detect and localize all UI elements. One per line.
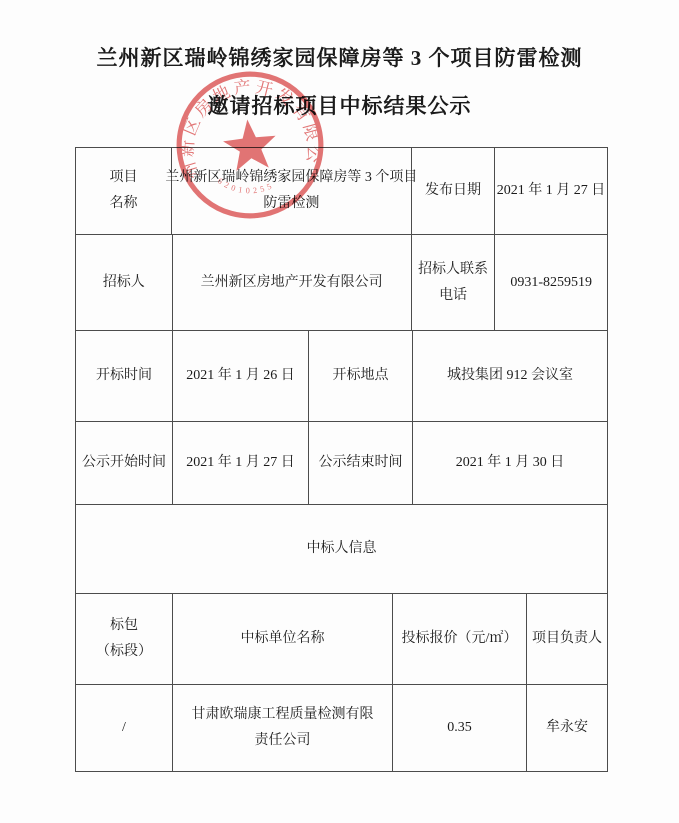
table-row-winner-data: / 甘肃欧瑞康工程质量检测有限 责任公司 0.35 牟永安 (76, 685, 607, 771)
table-row-project: 项目 名称 兰州新区瑞岭锦绣家园保障房等 3 个项目 防雷检测 发布日期 202… (76, 148, 607, 235)
contact-phone-value-cell: 0931-8259519 (495, 235, 607, 330)
opening-time-value-cell: 2021 年 1 月 26 日 (173, 331, 309, 421)
announcement-document: 兰州新区瑞岭锦绣家园保障房等 3 个项目防雷检测 邀请招标项目中标结果公示 项目… (0, 0, 679, 823)
title-line-1: 兰州新区瑞岭锦绣家园保障房等 3 个项目防雷检测 (0, 46, 679, 70)
winner-info-header-cell: 中标人信息 (76, 505, 607, 593)
contact-phone-label-cell: 招标人联系 电话 (412, 235, 496, 330)
winner-name-header-cell: 中标单位名称 (173, 594, 393, 684)
package-header-cell: 标包 （标段） (76, 594, 173, 684)
publicity-end-value-cell: 2021 年 1 月 30 日 (413, 422, 607, 504)
tenderer-label-cell: 招标人 (76, 235, 173, 330)
bid-price-header-cell: 投标报价（元/㎡） (393, 594, 527, 684)
table-row-publicity-period: 公示开始时间 2021 年 1 月 27 日 公示结束时间 2021 年 1 月… (76, 422, 607, 505)
publicity-start-value-cell: 2021 年 1 月 27 日 (173, 422, 309, 504)
title-line-2: 邀请招标项目中标结果公示 (0, 94, 679, 118)
bid-result-table: 项目 名称 兰州新区瑞岭锦绣家园保障房等 3 个项目 防雷检测 发布日期 202… (75, 147, 608, 772)
bid-price-value-cell: 0.35 (393, 685, 527, 771)
table-row-winner-section: 中标人信息 (76, 505, 607, 594)
winner-name-value-cell: 甘肃欧瑞康工程质量检测有限 责任公司 (173, 685, 393, 771)
table-row-tenderer: 招标人 兰州新区房地产开发有限公司 招标人联系 电话 0931-8259519 (76, 235, 607, 331)
project-name-value-cell: 兰州新区瑞岭锦绣家园保障房等 3 个项目 防雷检测 (172, 148, 412, 234)
project-manager-value-cell: 牟永安 (527, 685, 607, 771)
publicity-start-label-cell: 公示开始时间 (76, 422, 173, 504)
table-row-winner-header: 标包 （标段） 中标单位名称 投标报价（元/㎡） 项目负责人 (76, 594, 607, 685)
publicity-end-label-cell: 公示结束时间 (309, 422, 413, 504)
document-title: 兰州新区瑞岭锦绣家园保障房等 3 个项目防雷检测 邀请招标项目中标结果公示 (0, 46, 679, 142)
opening-place-value-cell: 城投集团 912 会议室 (413, 331, 607, 421)
table-row-bid-opening: 开标时间 2021 年 1 月 26 日 开标地点 城投集团 912 会议室 (76, 331, 607, 422)
publish-date-label-cell: 发布日期 (412, 148, 495, 234)
opening-time-label-cell: 开标时间 (76, 331, 173, 421)
tenderer-value-cell: 兰州新区房地产开发有限公司 (173, 235, 412, 330)
publish-date-value-cell: 2021 年 1 月 27 日 (495, 148, 607, 234)
project-name-label-cell: 项目 名称 (76, 148, 172, 234)
package-value-cell: / (76, 685, 173, 771)
project-manager-header-cell: 项目负责人 (527, 594, 607, 684)
opening-place-label-cell: 开标地点 (309, 331, 413, 421)
